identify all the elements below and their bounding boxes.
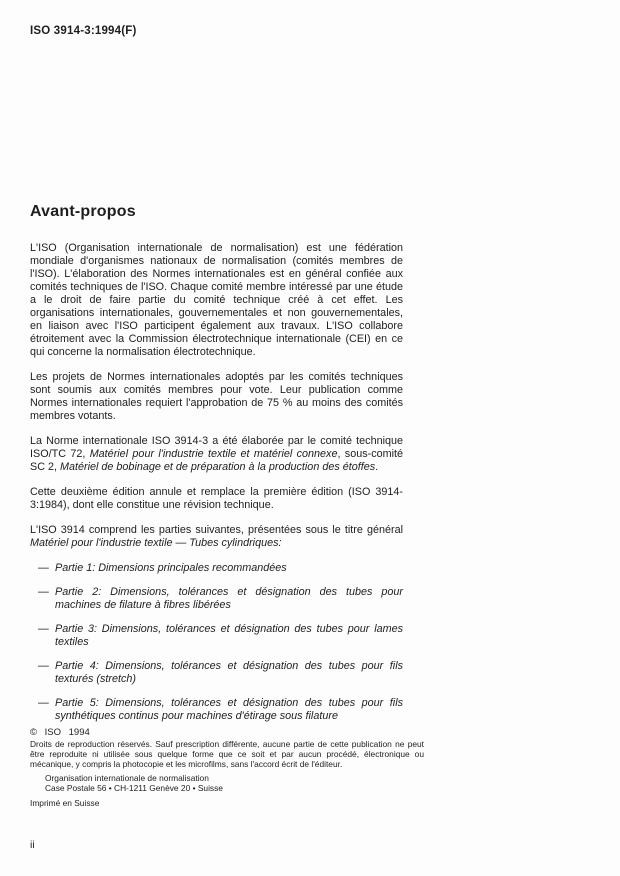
document-page: ISO 3914-3:1994(F) Avant-propos L'ISO (O… [0,0,620,876]
paragraph: Les projets de Normes internationales ad… [30,371,403,423]
list-item-text: Partie 4: Dimensions, tolérances et dési… [55,660,403,686]
list-item-text: Partie 1: Dimensions principales recomma… [55,562,403,575]
copyright-block: © ISO 1994 Droits de reproduction réserv… [30,727,424,808]
list-item: —Partie 4: Dimensions, tolérances et dés… [38,660,403,686]
list-item: —Partie 5: Dimensions, tolérances et dés… [38,697,403,723]
paragraph: L'ISO (Organisation internationale de no… [30,242,403,359]
list-item-text: Partie 3: Dimensions, tolérances et dési… [55,623,403,649]
list-dash: — [38,660,55,686]
paragraph: La Norme internationale ISO 3914-3 a été… [30,435,403,474]
copyright-line: © ISO 1994 [30,727,424,738]
printed-in: Imprimé en Suisse [30,798,424,808]
list-dash: — [38,562,55,575]
list-dash: — [38,697,55,723]
paragraph: L'ISO 3914 comprend les parties suivante… [30,524,403,550]
foreword-section: Avant-propos L'ISO (Organisation interna… [30,203,403,734]
list-dash: — [38,623,55,649]
document-reference: ISO 3914-3:1994(F) [30,25,137,37]
list-dash: — [38,586,55,612]
list-item-text: Partie 5: Dimensions, tolérances et dési… [55,697,403,723]
list-item: —Partie 2: Dimensions, tolérances et dés… [38,586,403,612]
list-item-text: Partie 2: Dimensions, tolérances et dési… [55,586,403,612]
list-item: —Partie 3: Dimensions, tolérances et dés… [38,623,403,649]
section-title: Avant-propos [30,203,403,221]
list-item: —Partie 1: Dimensions principales recomm… [38,562,403,575]
rights-text: Droits de reproduction réservés. Sauf pr… [30,740,424,769]
paragraph: Cette deuxième édition annule et remplac… [30,486,403,512]
foreword-paragraphs: L'ISO (Organisation internationale de no… [30,242,403,550]
address-line-2: Case Postale 56 • CH-1211 Genève 20 • Su… [45,784,424,794]
parts-list: —Partie 1: Dimensions principales recomm… [30,562,403,723]
page-number: ii [30,839,35,851]
publisher-address: Organisation internationale de normalisa… [45,774,424,794]
